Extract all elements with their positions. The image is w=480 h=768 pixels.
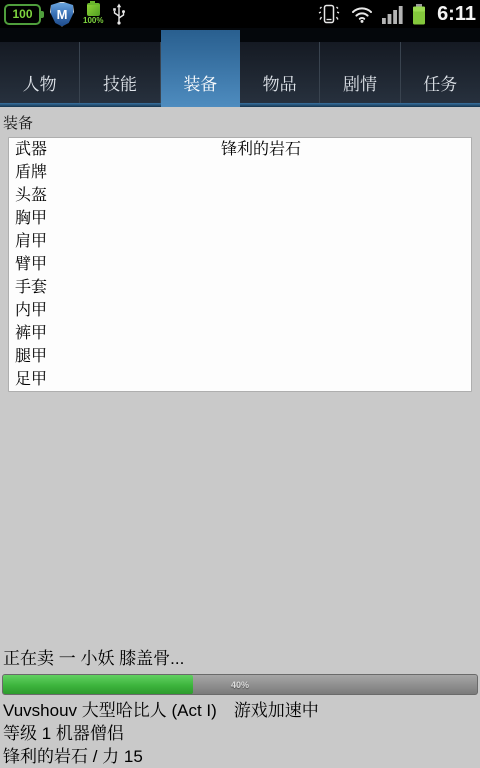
slot-row-shoulder[interactable]: 肩甲	[9, 230, 471, 253]
activity-text: 正在卖 一 小妖 膝盖骨...	[0, 647, 480, 671]
slot-name: 肩甲	[15, 233, 47, 250]
section-title: 装备	[0, 107, 480, 137]
tab-quests[interactable]: 任务	[401, 42, 480, 107]
slot-row-gloves[interactable]: 手套	[9, 276, 471, 299]
slot-name: 臂甲	[15, 256, 47, 273]
tab-label: 物品	[263, 70, 297, 95]
slot-name: 胸甲	[15, 210, 47, 227]
slot-name: 头盔	[15, 187, 47, 204]
slot-name: 内甲	[15, 302, 47, 319]
slot-row-feet[interactable]: 足甲	[9, 368, 471, 391]
slot-name: 手套	[15, 279, 47, 296]
level-class-line: 等级 1 机器僧侣	[0, 722, 480, 745]
slot-row-helmet[interactable]: 头盔	[9, 184, 471, 207]
tab-character[interactable]: 人物	[0, 42, 80, 107]
character-info-line: Vuvshouv 大型哈比人 (Act I)游戏加速中	[0, 699, 480, 722]
progress-percent-label: 40%	[3, 675, 477, 694]
footer-status-area: 正在卖 一 小妖 膝盖骨... 40% Vuvshouv 大型哈比人 (Act …	[0, 647, 480, 768]
slot-name: 腿甲	[15, 348, 47, 365]
security-shield-icon: M	[50, 2, 74, 27]
character-name-zone: Vuvshouv 大型哈比人 (Act I)	[3, 701, 217, 720]
battery-status-icon	[412, 4, 426, 25]
battery-percent-label: 100%	[83, 17, 103, 25]
slot-row-weapon[interactable]: 武器 锋利的岩石	[9, 138, 471, 161]
app-screen: { "status_bar": { "time": "6:11", "batte…	[0, 0, 480, 768]
slot-name: 盾牌	[15, 164, 47, 181]
slot-name: 裤甲	[15, 325, 47, 342]
battery-percent-icon: 100%	[83, 3, 103, 25]
acceleration-status: 游戏加速中	[234, 701, 319, 720]
tab-label: 剧情	[343, 70, 377, 95]
slot-row-legs[interactable]: 腿甲	[9, 345, 471, 368]
tab-bar-underline	[0, 103, 480, 107]
wifi-icon	[351, 6, 373, 23]
clock: 6:11	[437, 3, 476, 26]
tab-label: 装备	[183, 70, 217, 95]
equipment-panel: 武器 锋利的岩石 盾牌 头盔 胸甲 肩甲 臂甲 手套 内甲 裤甲 腿甲 足甲	[8, 137, 472, 392]
tab-equipment[interactable]: 装备	[161, 30, 240, 107]
slot-row-inner[interactable]: 内甲	[9, 299, 471, 322]
progress-bar: 40%	[2, 674, 478, 695]
slot-name: 足甲	[15, 371, 47, 388]
battery-widget-nub	[41, 11, 44, 18]
shield-letter: M	[57, 7, 68, 22]
slot-row-pants[interactable]: 裤甲	[9, 322, 471, 345]
slot-name: 武器	[15, 141, 47, 158]
usb-icon	[112, 3, 126, 25]
slot-row-shield[interactable]: 盾牌	[9, 161, 471, 184]
tab-label: 人物	[23, 70, 57, 95]
vibrate-icon	[316, 4, 342, 24]
tab-items[interactable]: 物品	[240, 42, 320, 107]
tab-story[interactable]: 剧情	[320, 42, 400, 107]
battery-widget-label: 100	[12, 7, 32, 21]
slot-row-chest[interactable]: 胸甲	[9, 207, 471, 230]
status-bar: 100 M 100%	[0, 0, 480, 28]
tab-label: 任务	[423, 70, 457, 95]
tab-bar: 人物 技能 装备 物品 剧情 任务	[0, 28, 480, 107]
battery-widget-icon: 100	[4, 4, 41, 25]
tab-skills[interactable]: 技能	[80, 42, 160, 107]
slot-value: 锋利的岩石	[221, 138, 301, 161]
signal-strength-icon	[382, 5, 403, 24]
tab-label: 技能	[103, 70, 137, 95]
slot-row-arm[interactable]: 臂甲	[9, 253, 471, 276]
weapon-stat-line: 锋利的岩石 / 力 15	[0, 745, 480, 768]
